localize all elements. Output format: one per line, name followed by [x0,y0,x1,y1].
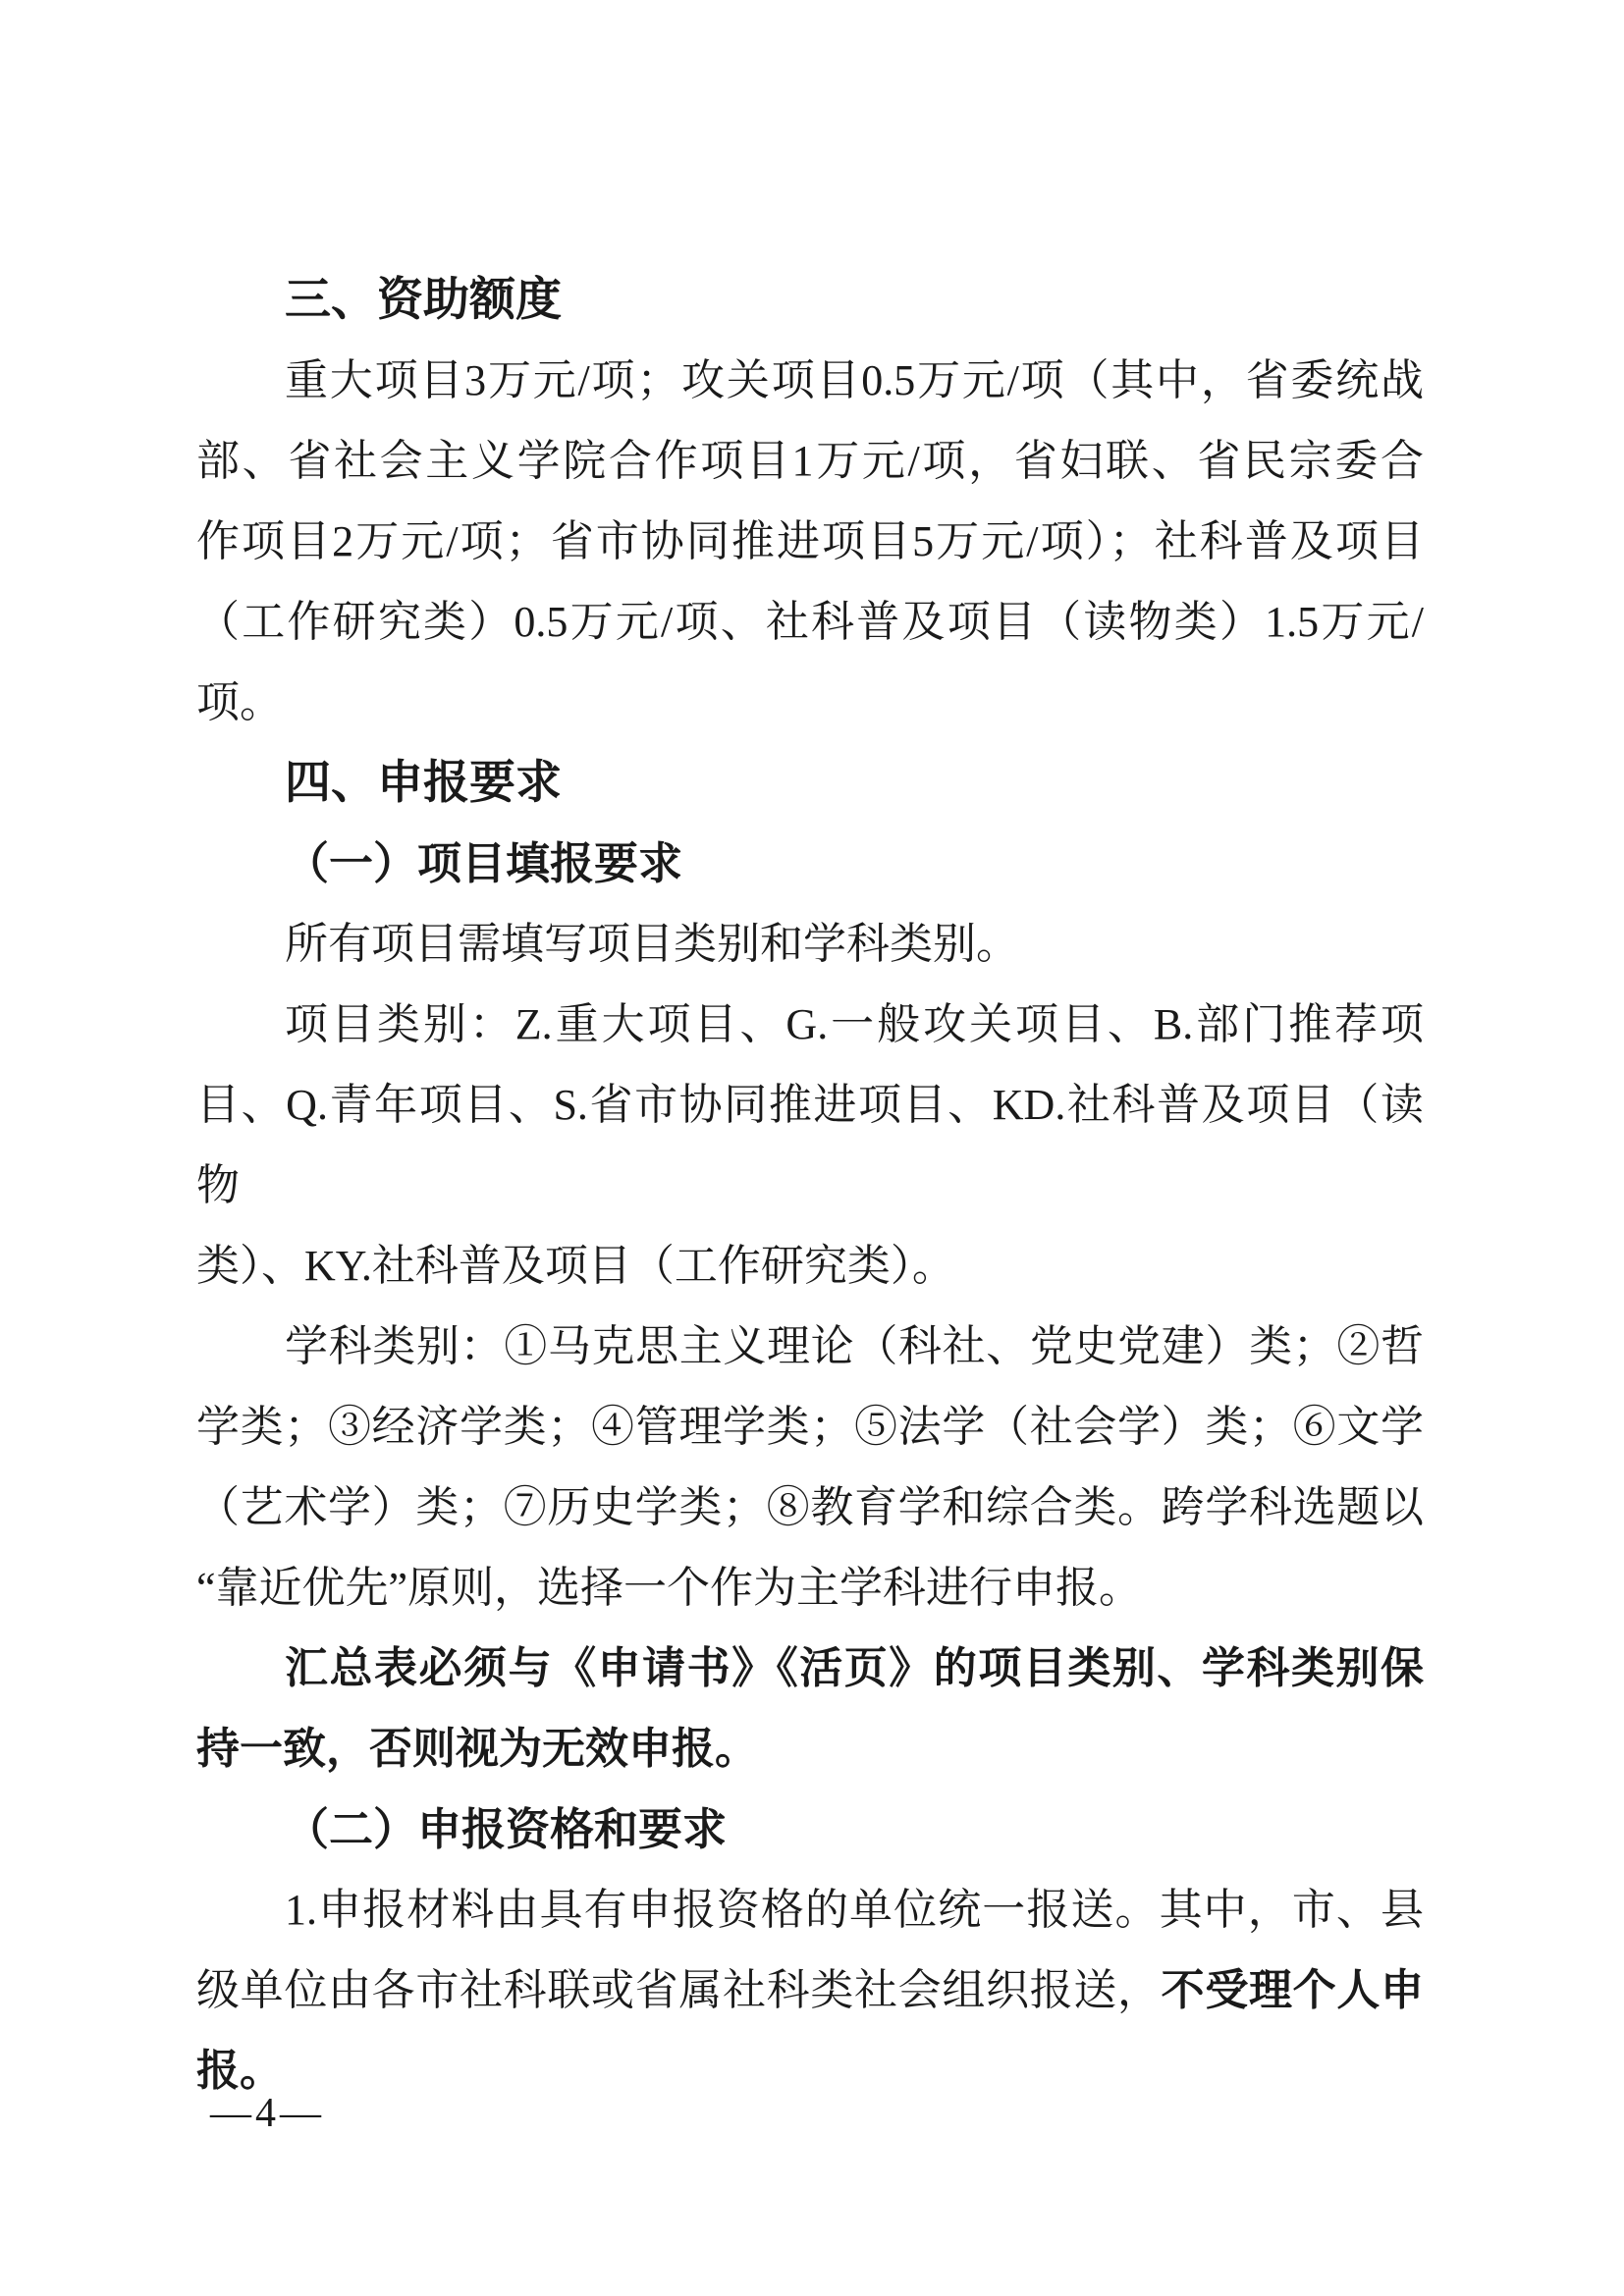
project-types-paragraph-line: 目、Q.青年项目、S.省市协同推进项目、KD.社科普及项目（读物 [196,1065,1424,1226]
subject-types-paragraph-line: 学类；③经济学类；④管理学类；⑤法学（社会学）类；⑥文学 [196,1387,1424,1468]
document-body: 三、资助额度 重大项目3万元/项；攻关项目0.5万元/项（其中，省委统战 部、省… [196,260,1424,2111]
subsection-heading-project-filling: （一）项目填报要求 [196,824,1424,904]
subject-types-paragraph-line: “靠近优先”原则，选择一个作为主学科进行申报。 [196,1548,1424,1629]
eligibility-paragraph-line: 级单位由各市社科联或省属社科类社会组织报送，不受理个人申 [196,1950,1424,2031]
eligibility-paragraph-line: 报。 [196,2031,1424,2111]
summary-table-notice-line: 汇总表必须与《申请书》《活页》的项目类别、学科类别保 [196,1629,1424,1709]
subject-types-paragraph-line: （艺术学）类；⑦历史学类；⑧教育学和综合类。跨学科选题以 [196,1468,1424,1548]
section-heading-funding-amount: 三、资助额度 [196,260,1424,341]
funding-paragraph-line: 项。 [196,663,1424,743]
funding-paragraph-line: 部、省社会主义学院合作项目1万元/项，省妇联、省民宗委合 [196,421,1424,502]
section-heading-application-requirements: 四、申报要求 [196,743,1424,824]
eligibility-paragraph-line: 1.申报材料由具有申报资格的单位统一报送。其中，市、县 [196,1870,1424,1950]
eligibility-line-regular-text: 级单位由各市社科联或省属社科类社会组织报送， [196,1966,1162,2014]
subsection-heading-eligibility: （二）申报资格和要求 [196,1789,1424,1870]
funding-paragraph-line: （工作研究类）0.5万元/项、社科普及项目（读物类）1.5万元/ [196,582,1424,663]
summary-table-notice-line: 持一致，否则视为无效申报。 [196,1709,1424,1789]
intro-paragraph-line: 所有项目需填写项目类别和学科类别。 [196,904,1424,985]
document-page: 三、资助额度 重大项目3万元/项；攻关项目0.5万元/项（其中，省委统战 部、省… [0,0,1624,2296]
project-types-paragraph-line: 项目类别：Z.重大项目、G.一般攻关项目、B.部门推荐项 [196,985,1424,1065]
page-number: —4— [210,2093,325,2134]
project-types-paragraph-line: 类）、KY.社科普及项目（工作研究类）。 [196,1226,1424,1307]
eligibility-line-bold-text: 不受理个人申 [1162,1966,1424,2014]
funding-paragraph-line: 重大项目3万元/项；攻关项目0.5万元/项（其中，省委统战 [196,341,1424,421]
funding-paragraph-line: 作项目2万元/项；省市协同推进项目5万元/项）；社科普及项目 [196,502,1424,582]
subject-types-paragraph-line: 学科类别：①马克思主义理论（科社、党史党建）类；②哲 [196,1307,1424,1387]
